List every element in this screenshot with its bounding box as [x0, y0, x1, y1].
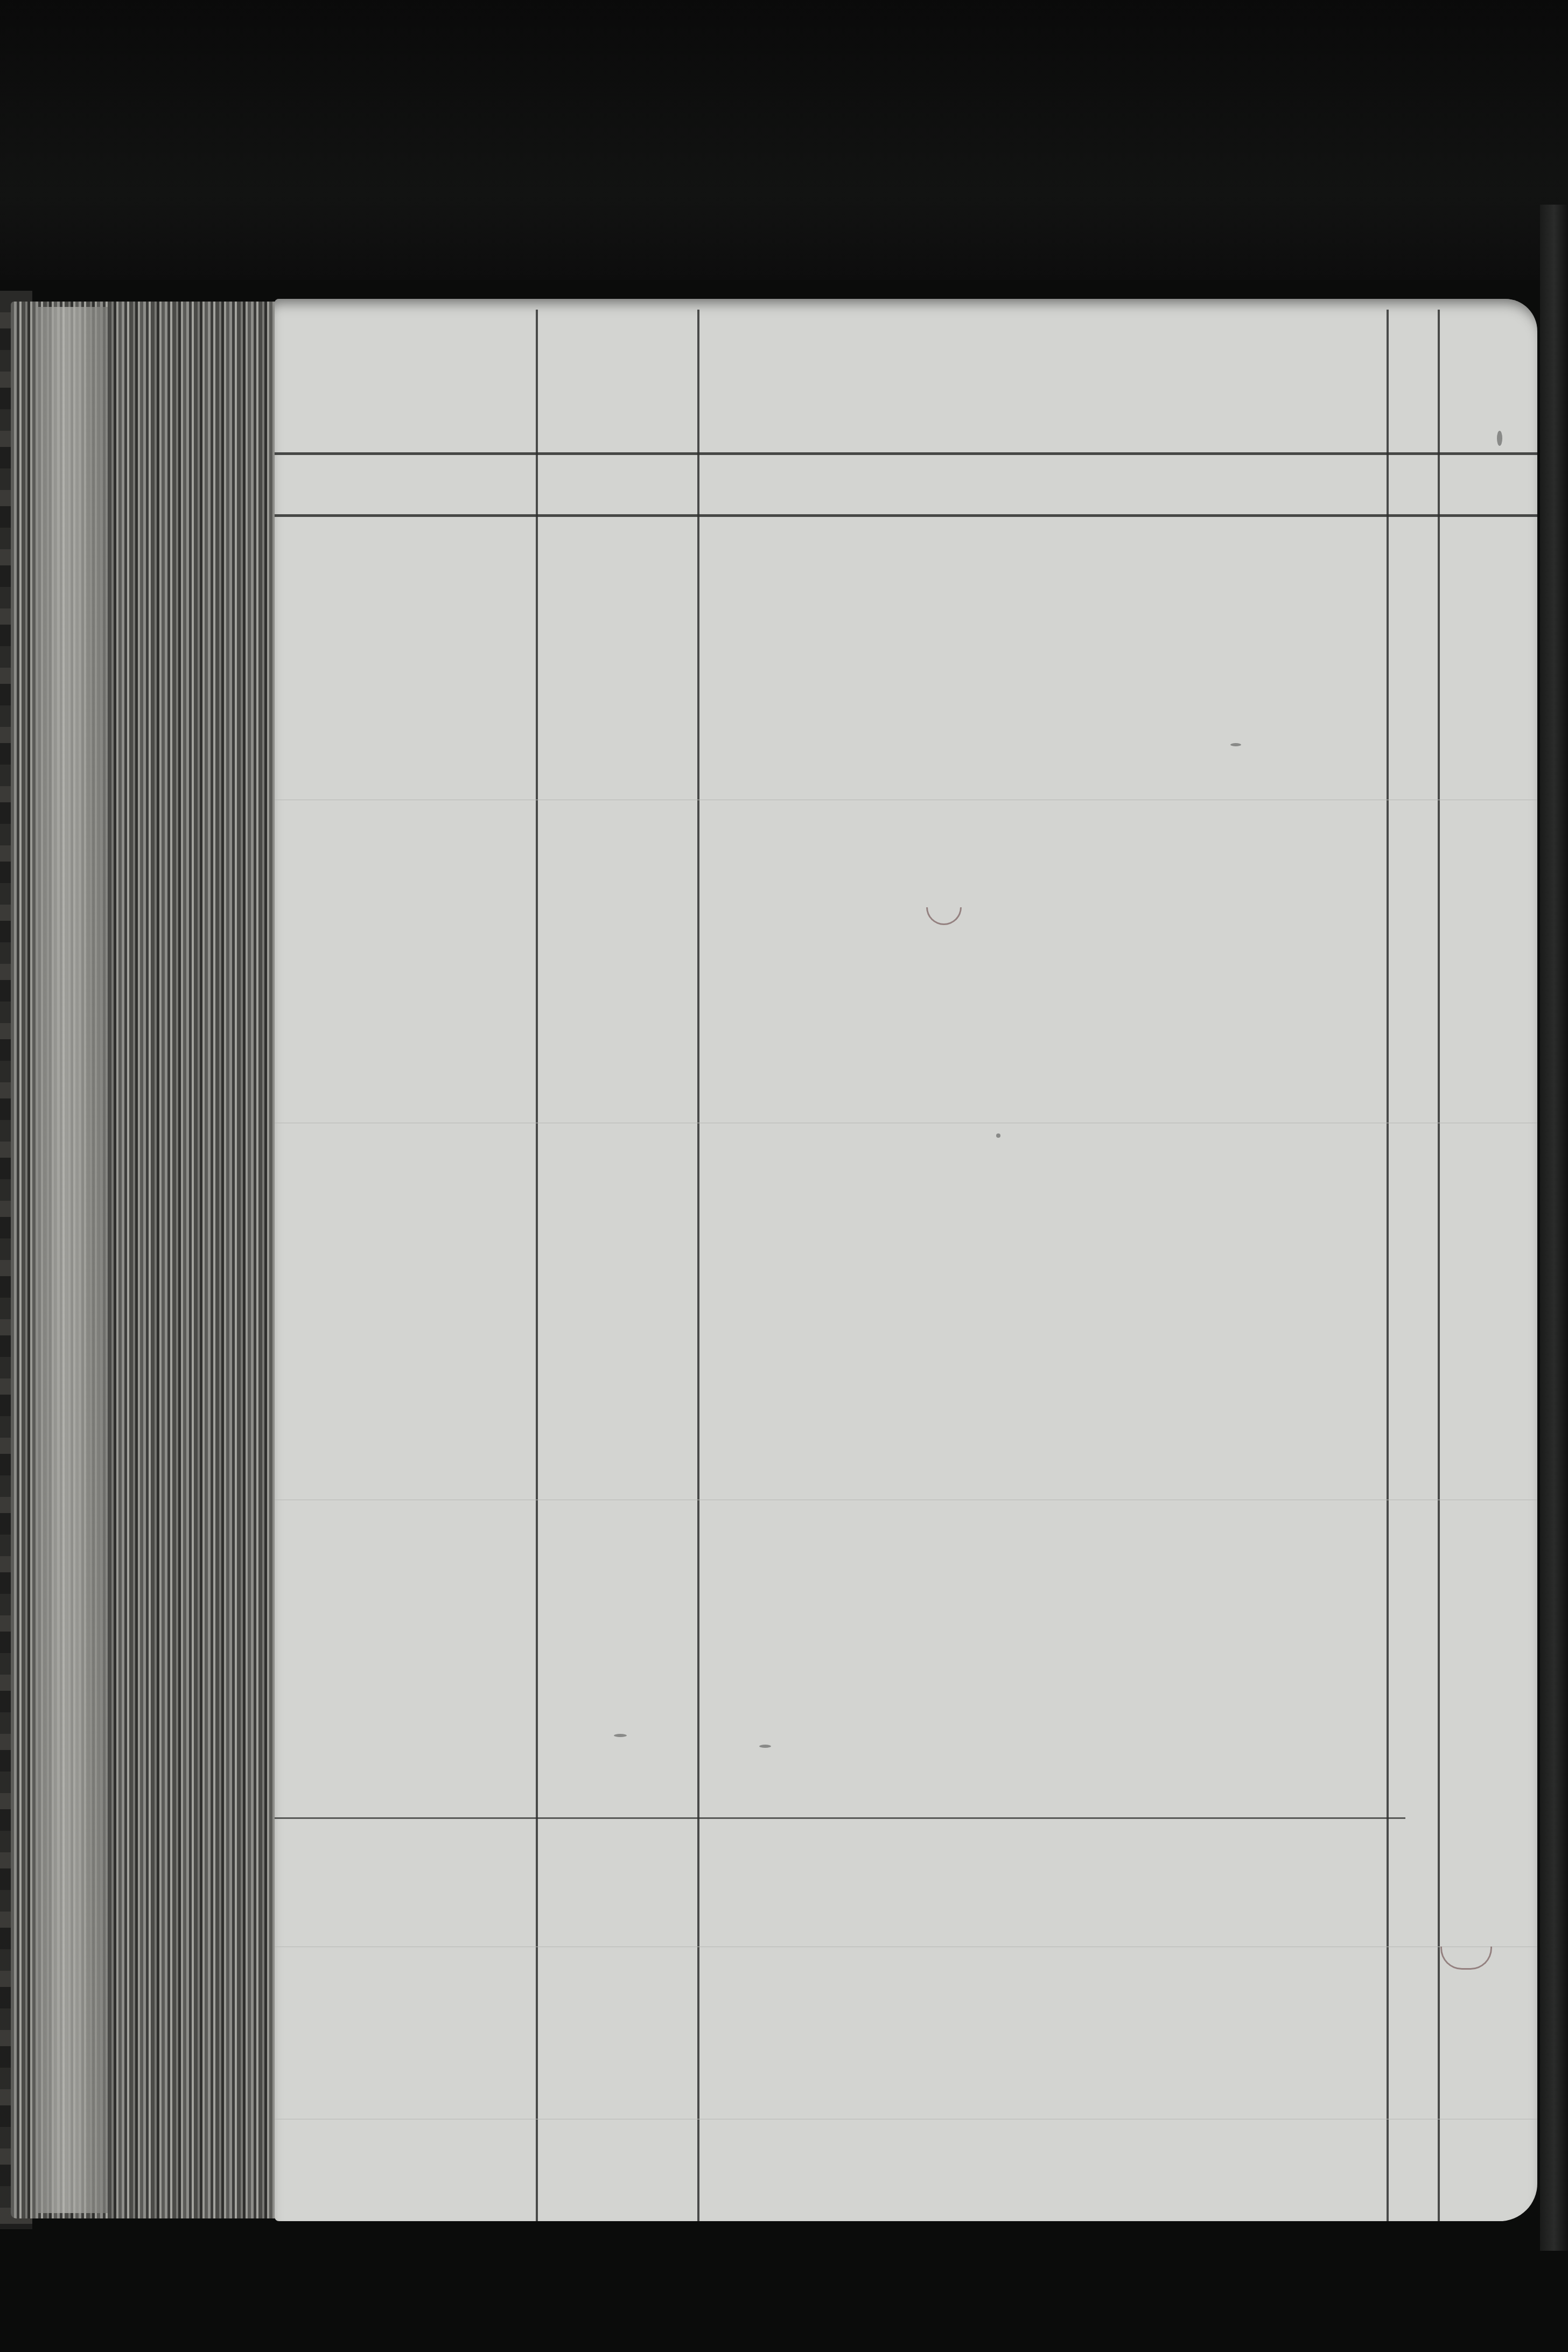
header-rule-top — [275, 452, 1537, 455]
dark-background-right — [1540, 205, 1568, 2251]
column-rule-3 — [1387, 310, 1389, 2221]
column-rule-2 — [697, 310, 699, 2221]
ink-mark — [759, 1745, 771, 1748]
faint-line — [275, 800, 1537, 800]
column-rule-1 — [536, 310, 538, 2221]
ink-mark — [1230, 743, 1241, 746]
faint-line — [275, 1123, 1537, 1123]
ink-mark — [614, 1734, 627, 1737]
dark-background-top — [0, 0, 1568, 280]
header-rule-bottom — [275, 514, 1537, 517]
faint-line — [275, 1500, 1537, 1500]
total-rule — [275, 1817, 1405, 1819]
faint-line — [275, 1947, 1537, 1947]
ink-mark — [996, 1133, 1000, 1138]
faint-line — [275, 2119, 1537, 2119]
page-stack-highlight — [38, 307, 108, 2213]
column-rule-4 — [1438, 310, 1440, 2221]
ink-mark — [1497, 431, 1502, 446]
paper-fiber — [926, 907, 962, 925]
ledger-page — [275, 299, 1537, 2221]
paper-fiber — [1440, 1947, 1492, 1970]
